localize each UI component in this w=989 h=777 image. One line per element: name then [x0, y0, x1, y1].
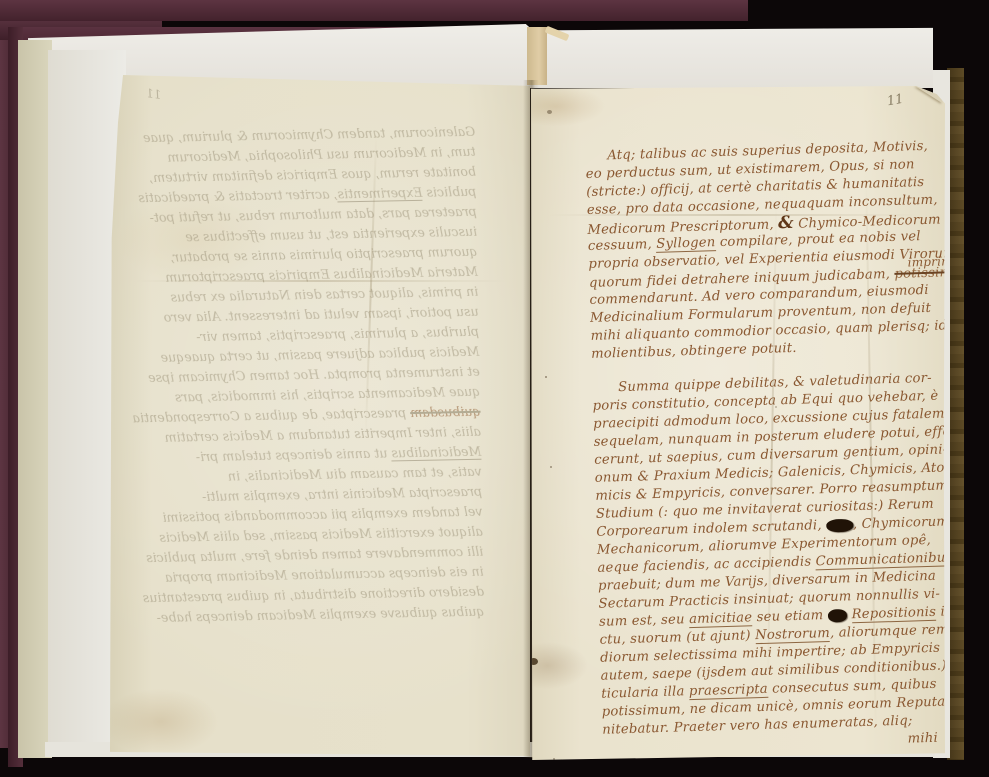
stain — [547, 110, 552, 114]
bleedthrough-text: Galenicorum, tandem Chymicorum & plurium… — [140, 122, 485, 628]
left-page: 11 Galenicorum, tandem Chymicorum & plur… — [110, 75, 530, 756]
page-crease — [135, 280, 505, 282]
paper-specks — [545, 376, 547, 378]
photo-background: 11 Galenicorum, tandem Chymicorum & plur… — [0, 0, 989, 777]
bleedthrough-folio-number: 11 — [145, 86, 162, 102]
folio-number: 11 — [886, 92, 905, 110]
book-cover-bottom-edge-left — [0, 0, 748, 21]
page-crease — [548, 214, 921, 216]
right-page: 11 Atq; talibus ac suis superius deposit… — [531, 86, 945, 760]
gutter-repair-tape — [527, 27, 547, 85]
flyleaf-edge — [18, 40, 52, 758]
